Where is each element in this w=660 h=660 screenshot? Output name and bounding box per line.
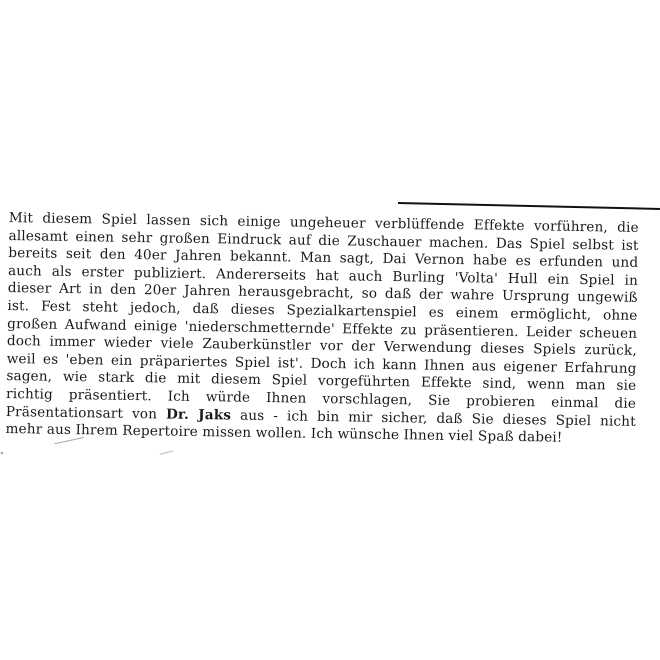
margin-mark: " <box>0 451 4 460</box>
pen-stroke <box>160 450 175 458</box>
horizontal-rule <box>398 202 660 210</box>
text-fragment: Präsentationsart von <box>6 404 166 423</box>
document-paragraph: Mit diesem Spiel lassen sich einige unge… <box>5 210 639 449</box>
author-name: Dr. Jaks <box>166 406 231 423</box>
